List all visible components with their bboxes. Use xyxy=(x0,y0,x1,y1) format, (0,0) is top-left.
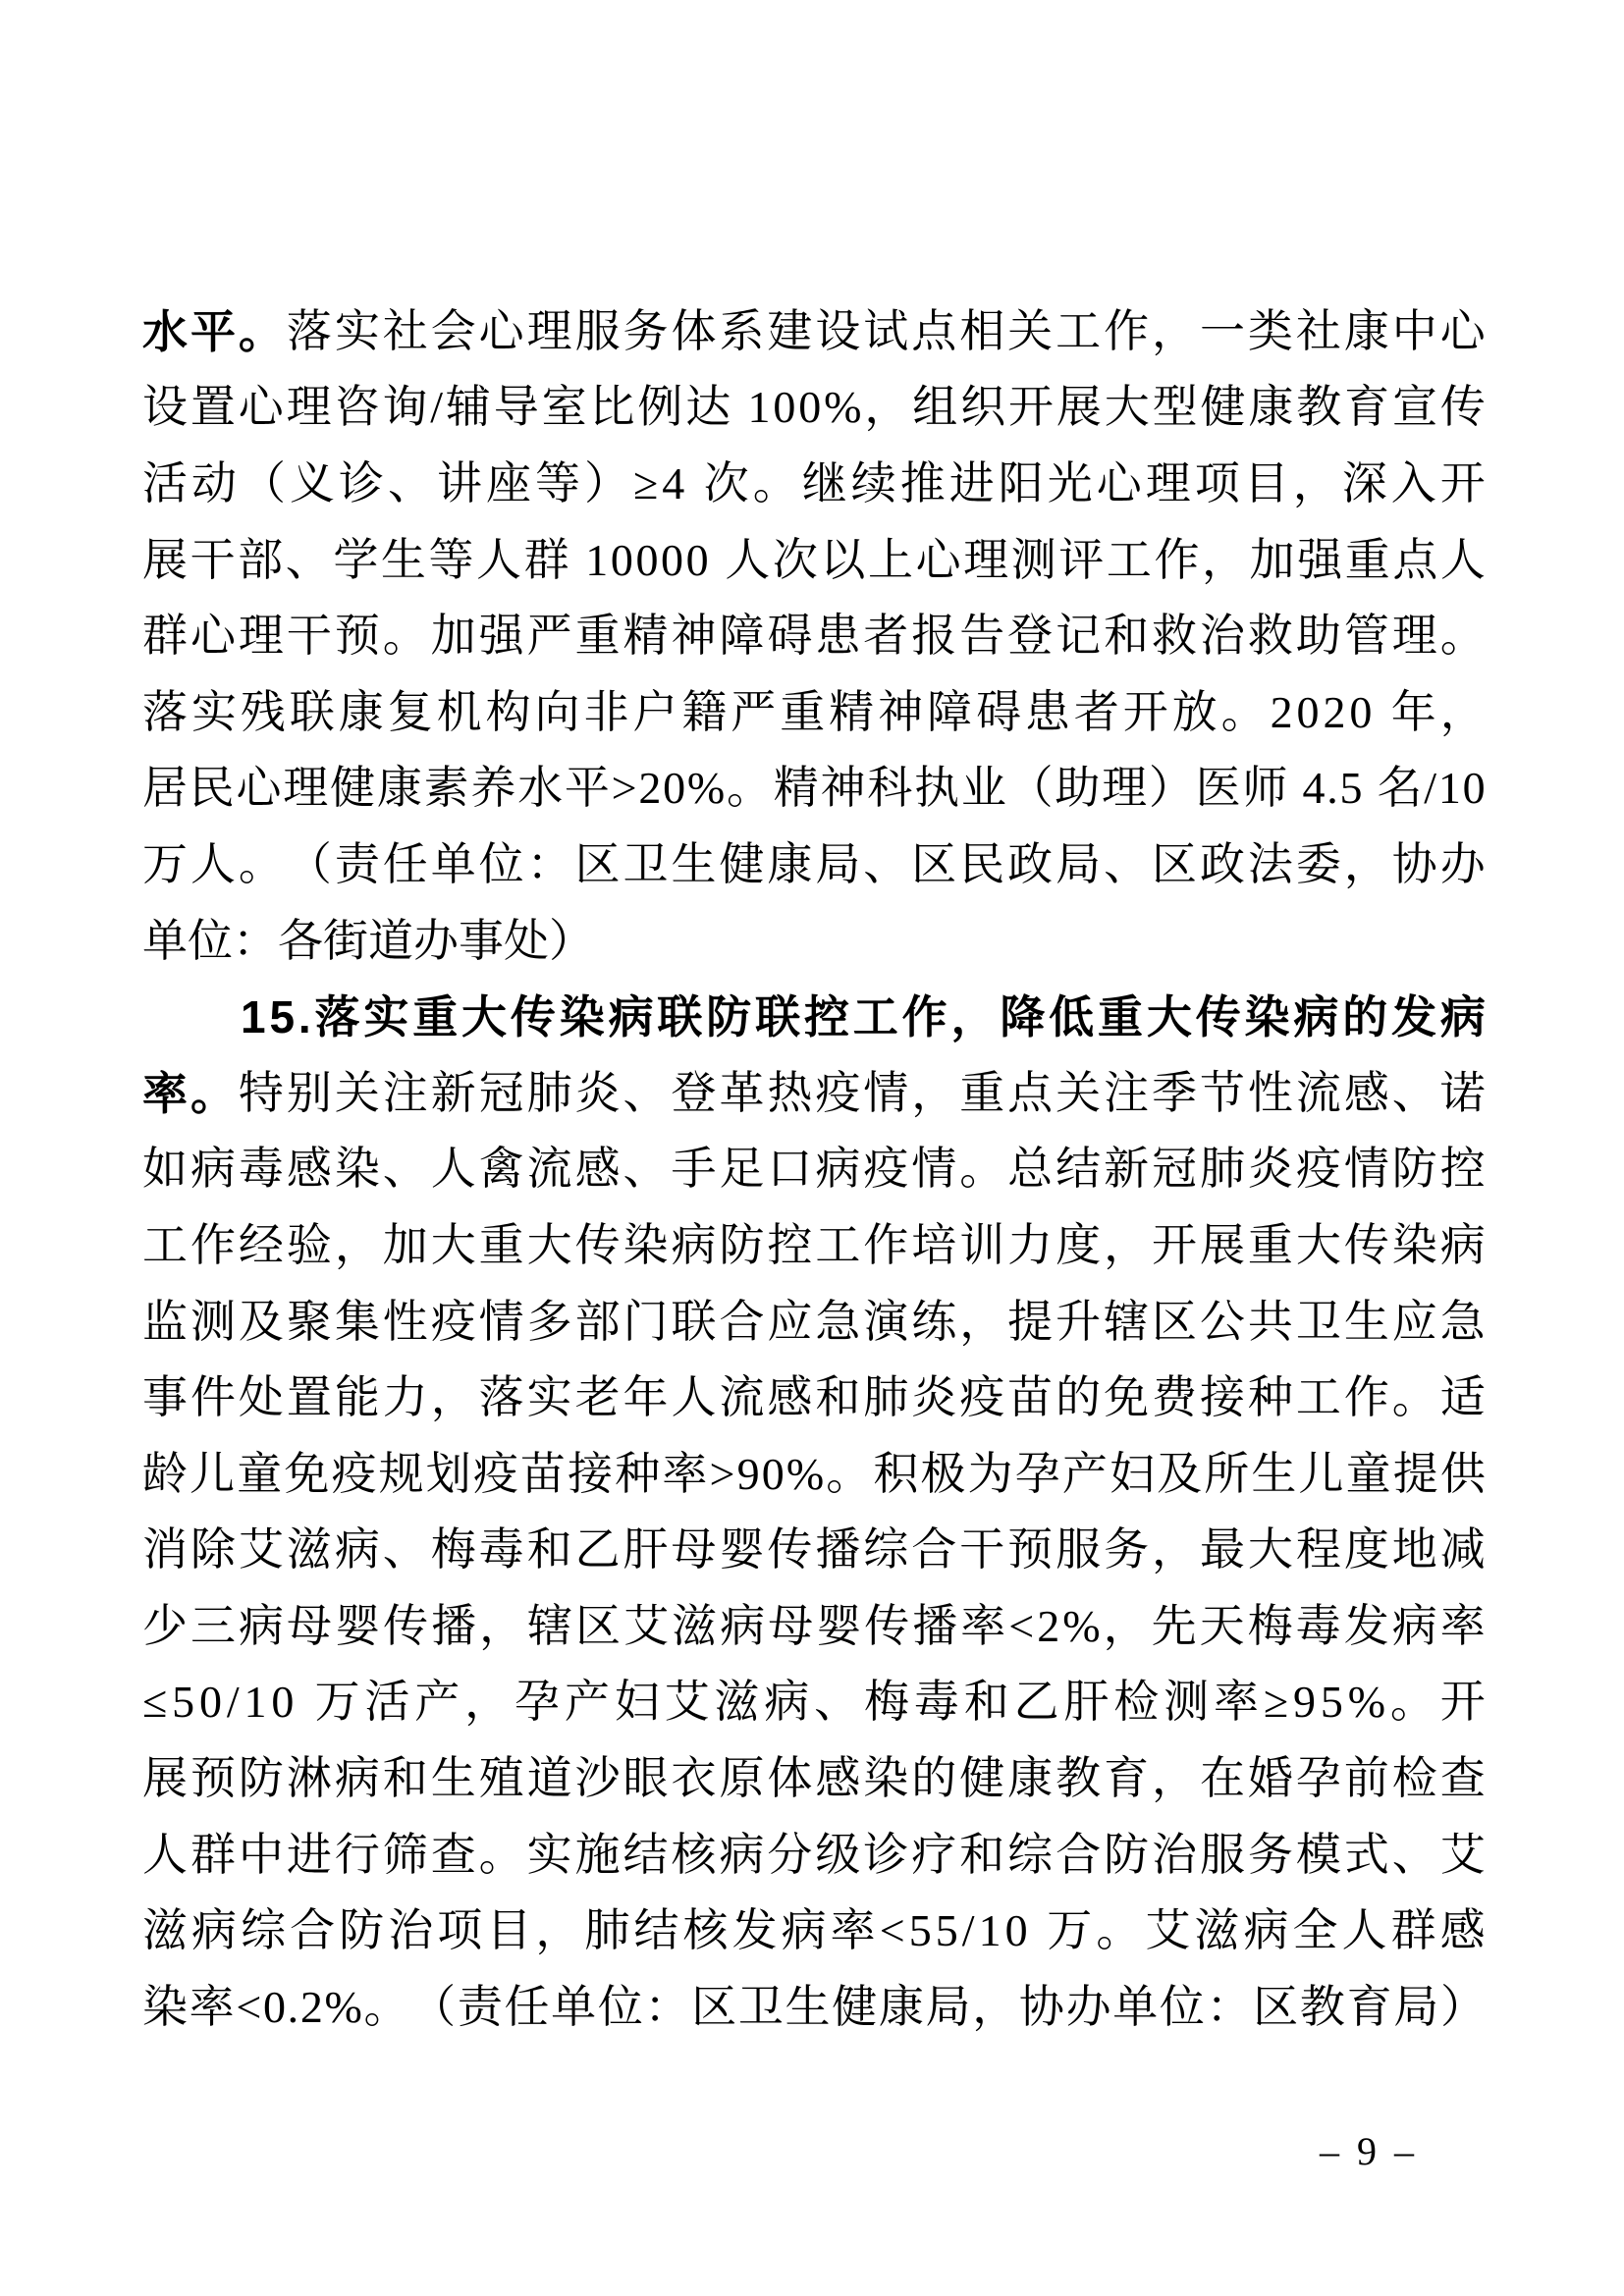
text-line: 率。特别关注新冠肺炎、登革热疫情，重点关注季节性流感、诺 xyxy=(142,1055,1486,1132)
text-line: 落实残联康复机构向非户籍严重精神障碍患者开放。2020 年， xyxy=(142,674,1486,751)
text-line: 龄儿童免疫规划疫苗接种率>90%。积极为孕产妇及所生儿童提供 xyxy=(142,1436,1486,1513)
text-line: 万人。（责任单位：区卫生健康局、区民政局、区政法委，协办 xyxy=(142,827,1486,903)
text-line: ≤50/10 万活产，孕产妇艾滋病、梅毒和乙肝检测率≥95%。开 xyxy=(142,1665,1486,1741)
text-line: 水平。落实社会心理服务体系建设试点相关工作，一类社康中心 xyxy=(142,294,1486,370)
text-line: 监测及聚集性疫情多部门联合应急演练，提升辖区公共卫生应急 xyxy=(142,1284,1486,1361)
text-line: 群心理干预。加强严重精神障碍患者报告登记和救治救助管理。 xyxy=(142,598,1486,674)
text-line: 工作经验，加大重大传染病防控工作培训力度，开展重大传染病 xyxy=(142,1207,1486,1284)
text-line: 滋病综合防治项目，肺结核发病率<55/10 万。艾滋病全人群感 xyxy=(142,1893,1486,1969)
text-line: 事件处置能力，落实老年人流感和肺炎疫苗的免费接种工作。适 xyxy=(142,1360,1486,1436)
text-line: 染率<0.2%。（责任单位：区卫生健康局，协办单位：区教育局） xyxy=(142,1969,1486,2046)
document-page: 水平。落实社会心理服务体系建设试点相关工作，一类社康中心设置心理咨询/辅导室比例… xyxy=(0,0,1624,2296)
text-line: 少三病母婴传播，辖区艾滋病母婴传播率<2%，先天梅毒发病率 xyxy=(142,1588,1486,1665)
text-line: 活动（义诊、讲座等）≥4 次。继续推进阳光心理项目，深入开 xyxy=(142,446,1486,522)
text-line: 单位：各街道办事处） xyxy=(142,903,1486,980)
text-line: 展干部、学生等人群 10000 人次以上心理测评工作，加强重点人 xyxy=(142,522,1486,599)
text-line: 设置心理咨询/辅导室比例达 100%，组织开展大型健康教育宣传 xyxy=(142,370,1486,447)
page-number: – 9 – xyxy=(1320,2128,1418,2174)
text-line: 居民心理健康素养水平>20%。精神科执业（助理）医师 4.5 名/10 xyxy=(142,751,1486,828)
text-line: 如病毒感染、人禽流感、手足口病疫情。总结新冠肺炎疫情防控 xyxy=(142,1132,1486,1208)
text-line: 15.落实重大传染病联防联控工作，降低重大传染病的发病 xyxy=(142,979,1486,1055)
text-line: 消除艾滋病、梅毒和乙肝母婴传播综合干预服务，最大程度地减 xyxy=(142,1513,1486,1589)
text-line: 人群中进行筛查。实施结核病分级诊疗和综合防治服务模式、艾 xyxy=(142,1817,1486,1894)
text-line: 展预防淋病和生殖道沙眼衣原体感染的健康教育，在婚孕前检查 xyxy=(142,1740,1486,1817)
document-body: 水平。落实社会心理服务体系建设试点相关工作，一类社康中心设置心理咨询/辅导室比例… xyxy=(142,294,1486,2046)
